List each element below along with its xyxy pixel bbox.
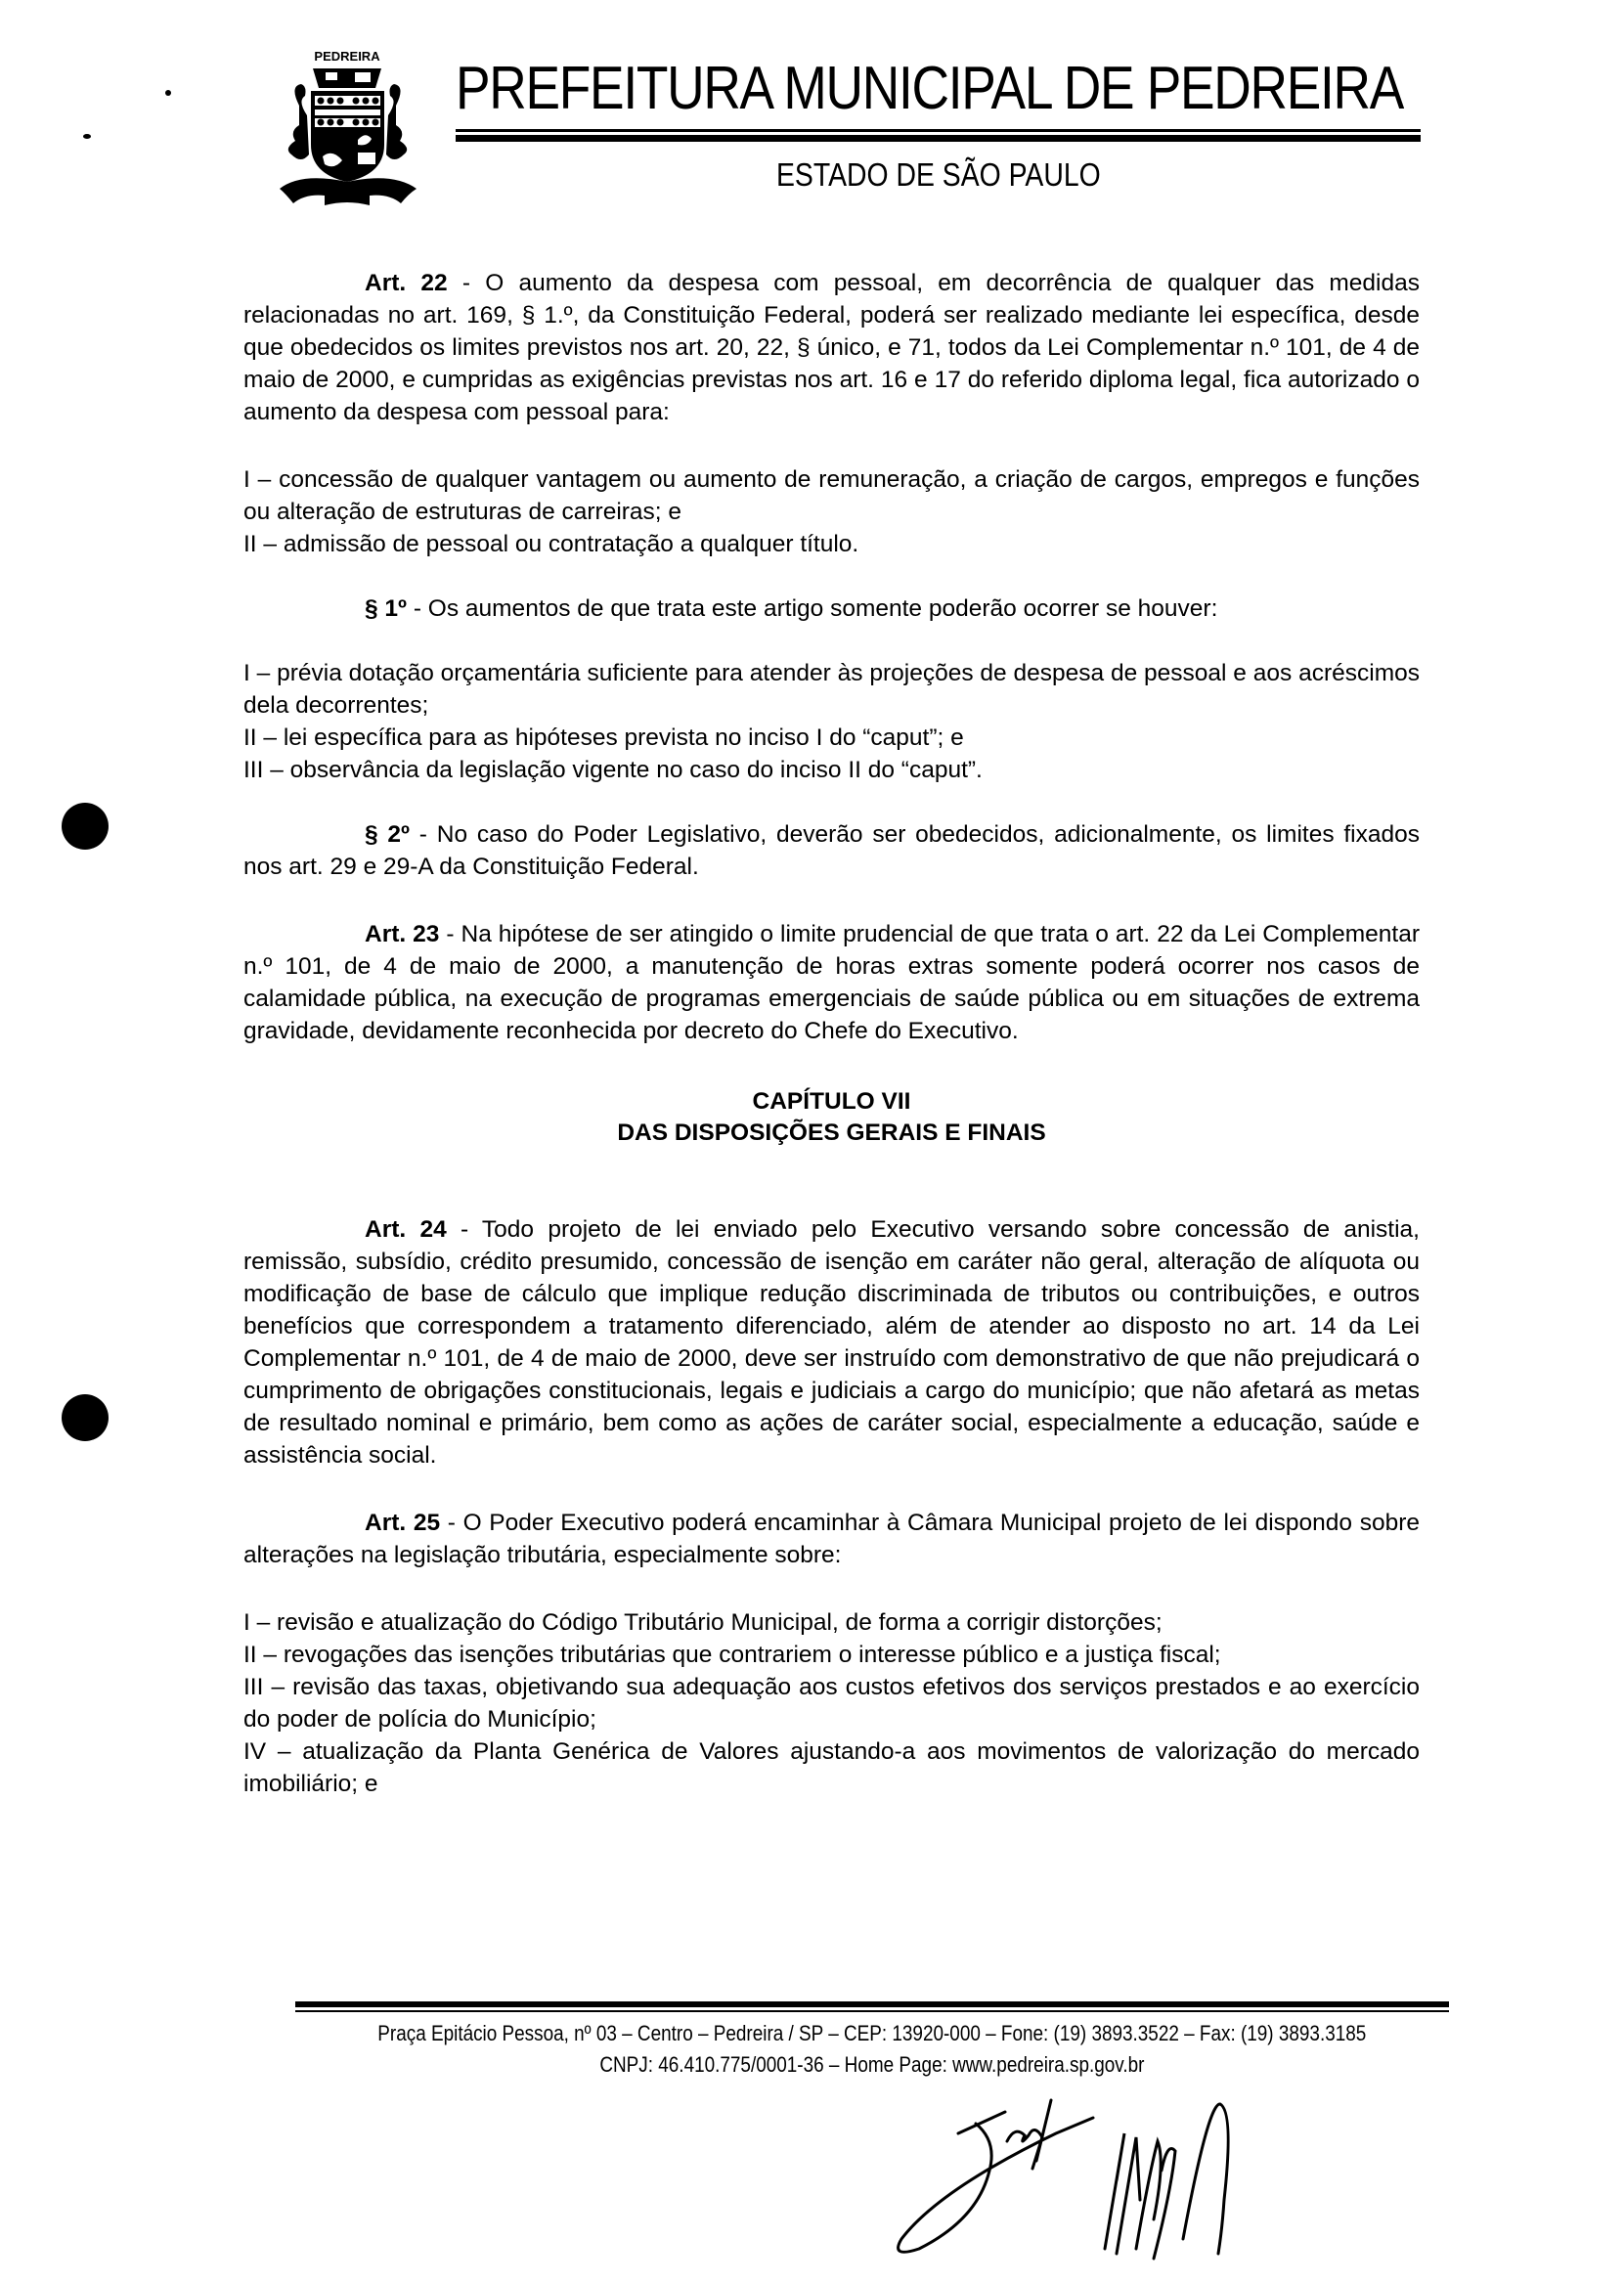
spacer xyxy=(243,883,1420,918)
article-label: Art. 24 xyxy=(365,1216,447,1243)
article-text: - Todo projeto de lei enviado pelo Execu… xyxy=(243,1216,1420,1469)
article-22-paragraph-1: § 1º - Os aumentos de que trata este art… xyxy=(243,593,1420,625)
article-22: Art. 22 - O aumento da despesa com pesso… xyxy=(243,267,1420,428)
signature-1 xyxy=(899,2100,1093,2252)
paragraph-1-item-1: I – prévia dotação orçamentária suficien… xyxy=(243,657,1420,722)
svg-text:PEDREIRA: PEDREIRA xyxy=(314,49,380,64)
paragraph-text: - No caso do Poder Legislativo, deverão … xyxy=(243,821,1420,880)
spacer xyxy=(243,560,1420,593)
paragraph-label: § 1º xyxy=(365,595,407,622)
article-25-item-4: IV – atualização da Planta Genérica de V… xyxy=(243,1735,1420,1800)
footer-address: Praça Epitácio Pessoa, nº 03 – Centro – … xyxy=(377,2018,1366,2049)
document-body: Art. 22 - O aumento da despesa com pesso… xyxy=(243,267,1420,1800)
article-25-item-1: I – revisão e atualização do Código Trib… xyxy=(243,1606,1420,1639)
state-label: ESTADO DE SÃO PAULO xyxy=(776,156,1101,194)
article-22-item-2: II – admissão de pessoal ou contratação … xyxy=(243,528,1420,560)
header-rule-thin xyxy=(456,129,1421,132)
spacer xyxy=(243,1149,1420,1213)
article-label: Art. 22 xyxy=(365,270,448,296)
article-22-paragraph-2: § 2º - No caso do Poder Legislativo, dev… xyxy=(243,818,1420,883)
paragraph-label: § 2º xyxy=(365,821,410,848)
paragraph-text: - Os aumentos de que trata este artigo s… xyxy=(407,595,1217,622)
footer-rule-thin xyxy=(295,2010,1449,2012)
article-label: Art. 25 xyxy=(365,1510,440,1536)
footer-rule-thick xyxy=(295,2001,1449,2007)
paragraph-1-item-3: III – observância da legislação vigente … xyxy=(243,754,1420,786)
spacer xyxy=(243,625,1420,657)
hole-punch xyxy=(62,803,109,850)
chapter-number: CAPÍTULO VII xyxy=(243,1086,1420,1118)
spacer xyxy=(243,786,1420,818)
article-label: Art. 23 xyxy=(365,921,439,947)
page-subtitle: ESTADO DE SÃO PAULO xyxy=(456,156,1421,194)
paragraph-1-item-2: II – lei específica para as hipóteses pr… xyxy=(243,722,1420,754)
spacer xyxy=(243,1471,1420,1507)
page-title: PREFEITURA MUNICIPAL DE PEDREIRA xyxy=(456,57,1296,121)
footer: Praça Epitácio Pessoa, nº 03 – Centro – … xyxy=(295,2018,1449,2081)
header-rule-thick xyxy=(456,135,1421,142)
footer-cnpj: CNPJ: 46.410.775/0001-36 – Home Page: ww… xyxy=(599,2049,1144,2081)
article-23: Art. 23 - Na hipótese de ser atingido o … xyxy=(243,918,1420,1047)
article-25-item-3: III – revisão das taxas, objetivando sua… xyxy=(243,1671,1420,1735)
article-25-item-2: II – revogações das isenções tributárias… xyxy=(243,1639,1420,1671)
signatures xyxy=(860,2083,1271,2278)
scan-speck xyxy=(165,90,171,96)
spacer xyxy=(243,428,1420,463)
signature-2 xyxy=(1105,2104,1228,2259)
scan-speck xyxy=(83,134,91,139)
article-24: Art. 24 - Todo projeto de lei enviado pe… xyxy=(243,1213,1420,1471)
article-25: Art. 25 - O Poder Executivo poderá encam… xyxy=(243,1507,1420,1571)
article-22-item-1: I – concessão de qualquer vantagem ou au… xyxy=(243,463,1420,528)
hole-punch xyxy=(62,1394,109,1441)
spacer xyxy=(243,1047,1420,1086)
spacer xyxy=(243,1571,1420,1606)
chapter-title: DAS DISPOSIÇÕES GERAIS E FINAIS xyxy=(243,1118,1420,1149)
coat-of-arms-logo: PEDREIRA xyxy=(272,47,423,208)
